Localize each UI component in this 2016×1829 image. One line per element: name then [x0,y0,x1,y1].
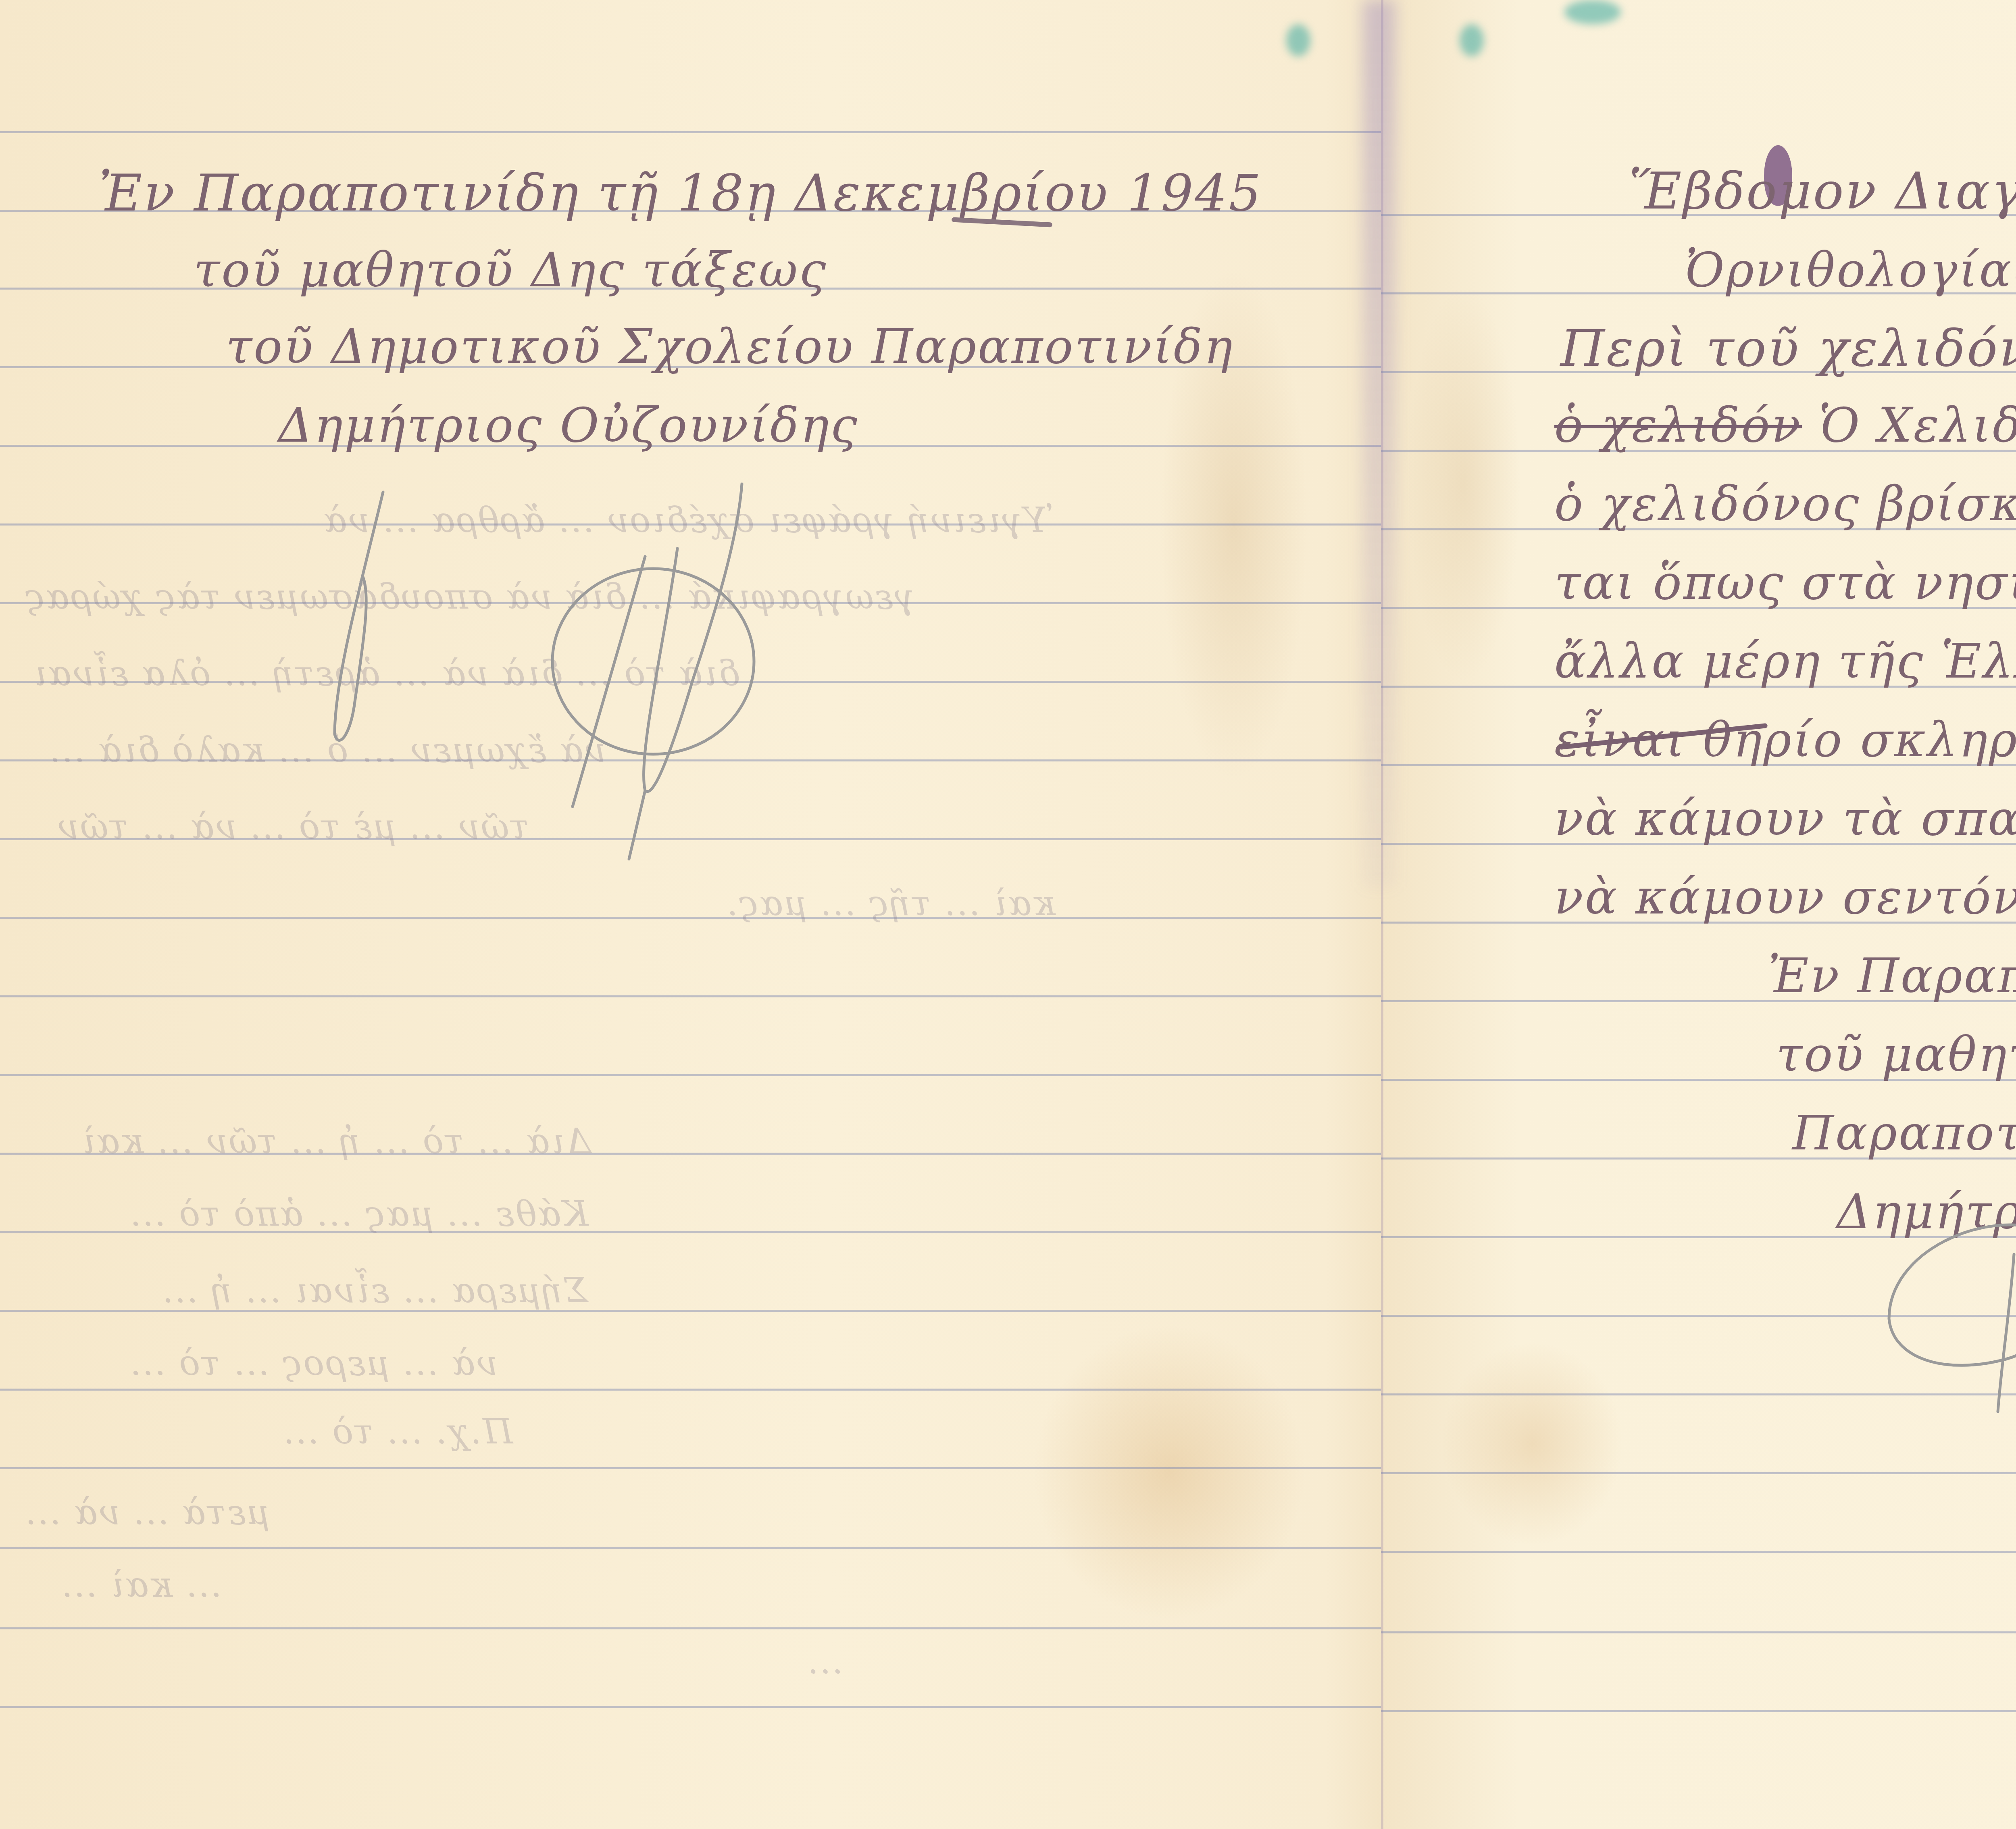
ruled-line [1381,1631,2016,1633]
essay-line: νὰ κάμουν σεντόνια διάφορα γραφεῖα κ. [1554,869,2016,925]
topic-title: Περὶ τοῦ χελιδόνος [1560,319,2016,378]
teal-stain [1286,24,1310,56]
bleed-through-text: μετὰ ... νὰ ... [24,1492,270,1533]
ruled-line [0,917,1381,919]
ruled-line [0,1547,1381,1549]
bleed-through-text: Π.χ. ... τὸ ... [282,1412,513,1452]
bleed-through-text: Σήμερα ... εἶναι ... ἡ ... [161,1270,588,1311]
date-line: Ἐν Παραποτινίδη τῇ 18ῃ Δεκεμβρίου 1945 [99,163,1263,223]
ruled-line [0,1706,1381,1708]
bleed-through-text: καὶ ... τῆς ... μας. [726,883,1056,924]
left-page: Ὑγιεινή γράφει σχέδιον ... ἄρθρα ... νὰ … [0,0,1381,1829]
ruled-line [1381,1551,2016,1553]
essay-line: ὁ χελιδόνος βρίσκεται μέσα στὴ γῆ. στὴ μ… [1554,476,2016,532]
ruled-line [0,1389,1381,1391]
ruled-line [0,1467,1381,1469]
ruled-line [0,131,1381,133]
school-line: τοῦ Δημοτικοῦ Σχολείου Παραποτινίδη [226,319,1234,374]
date-text: Ἐν Παραποτινίδη τῇ 18ῃ Δεκεμβρίου 1945 [99,163,1263,223]
bleed-through-text: Κάθε ... μας ... ἀπὸ τὸ ... [129,1194,588,1234]
closing-date-line: Ἐν Παραποτινίδη τῇ 18ῃ Δεκεμβρίου 1945 [1768,948,2016,1003]
scanned-notebook: Ὑγιεινή γράφει σχέδιον ... ἄρθρα ... νὰ … [0,0,2016,1829]
ruled-line [0,1074,1381,1076]
bleed-through-text: Διὰ ... τὸ ... ἡ ... τῶν ... καὶ [81,1121,591,1162]
essay-line: ὁ χελιδόν Ὁ Χελιδόνος [1554,397,2016,453]
bleed-through-text: ... καὶ ... [60,1565,222,1605]
ruled-line [0,1627,1381,1629]
subject-title: Ὀρνιθολογίας [1685,242,2016,298]
essay-line: νὰ κάμουν τὰ σπασμένα κόκαλα καὶ μαῦρα χ… [1554,790,2016,846]
closing-school-line: τοῦ μαθητοῦ τοῦ Δημοτικοῦ Σχολείου [1776,1026,2016,1082]
right-page: Ἕβδομον Διαγώνισμα 1ης Ἀκαρνανίας Ὀρνιθο… [1381,0,2016,1829]
ruled-line [1381,1710,2016,1712]
bleed-through-text: νὰ ... μερος ... τὸ ... [129,1343,498,1383]
exam-title: Ἕβδομον Διαγώνισμα 1ης Ἀκαρνανίας [1629,161,2016,221]
ruled-line [1381,1472,2016,1474]
pencil-signature-right [1865,1149,2016,1434]
essay-line: ται ὅπως στὰ νησιά Μύκονο στὸ Θάλασσα Φά… [1554,555,2016,610]
student-class-line: τοῦ μαθητοῦ Δης τάξεως [194,242,827,298]
bleed-through-text: ... [806,1641,843,1682]
struck-word: ὁ χελιδόν [1554,397,1802,453]
student-name-line: Δημήτριος Οὐζουνίδης [278,397,859,453]
ruled-line [0,995,1381,997]
essay-line: ἄλλα μέρη τῆς Ἑλλάδος. ἔχει χρῶμα ἀσπρο … [1554,633,2016,689]
pencil-signature-left [242,476,806,841]
